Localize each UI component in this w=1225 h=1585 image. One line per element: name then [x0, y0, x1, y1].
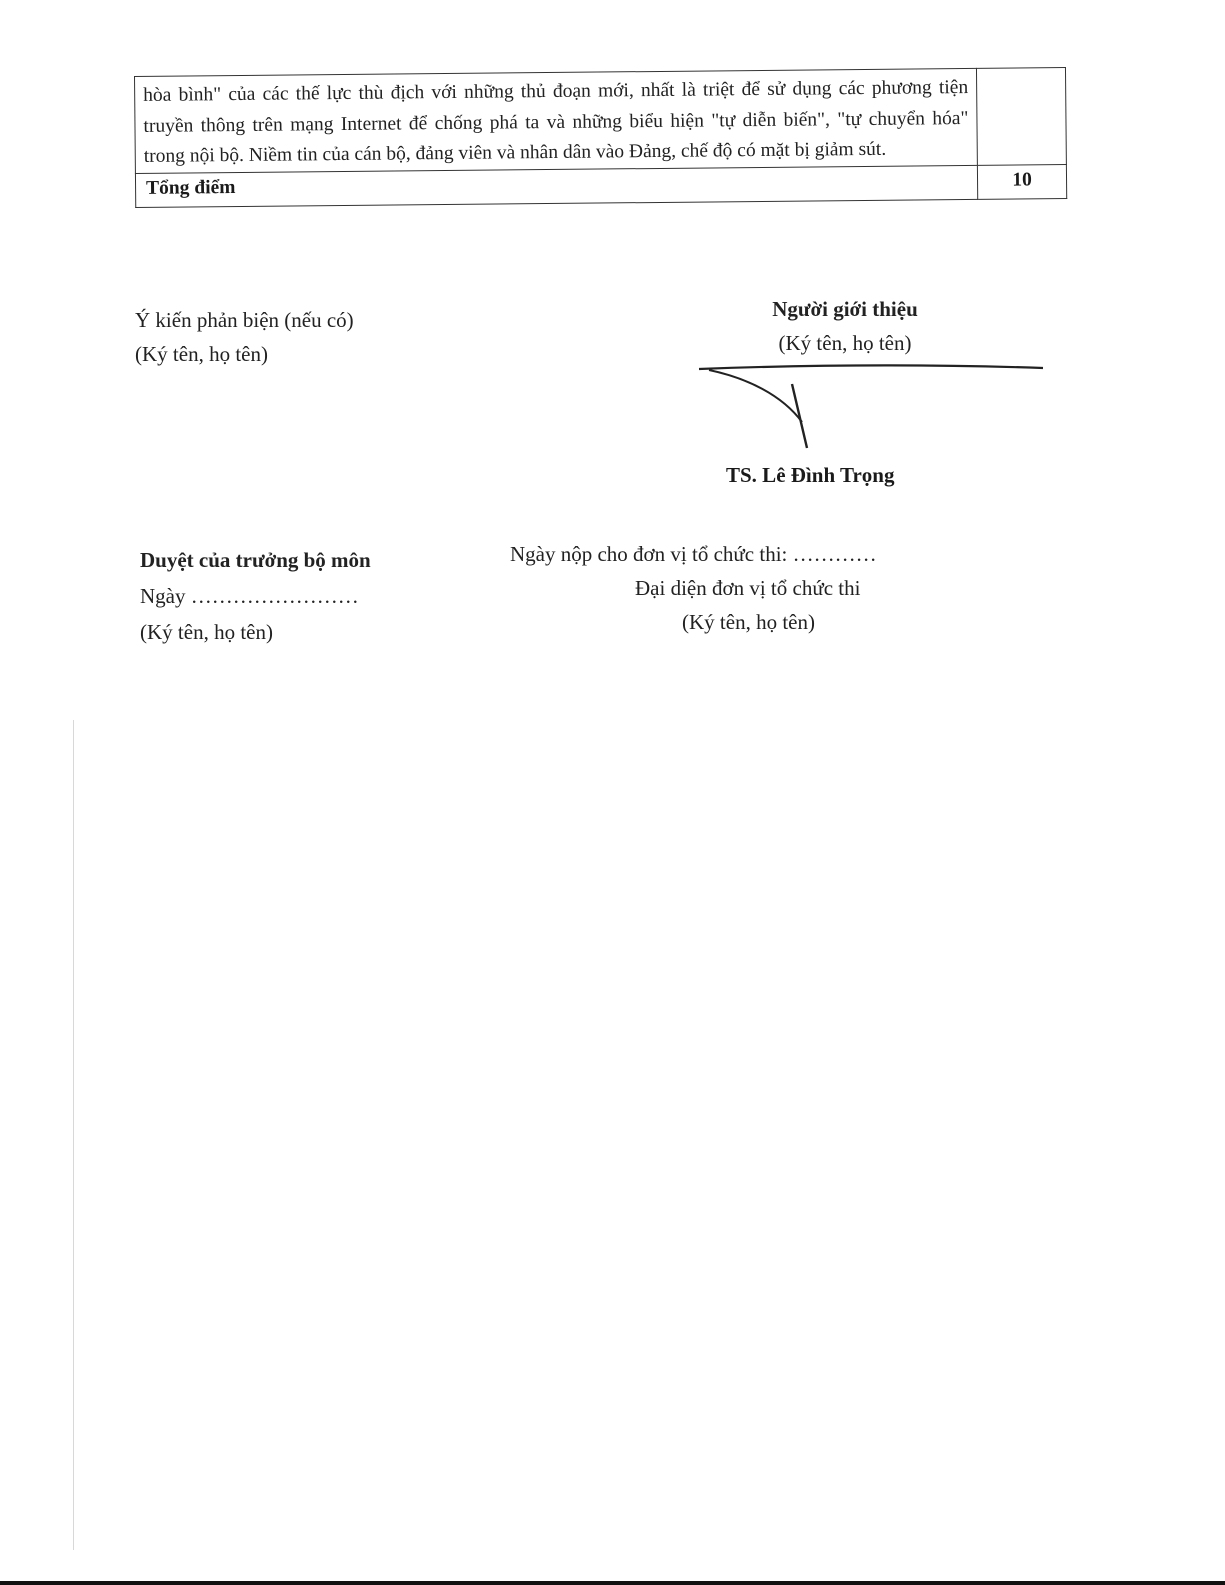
- handwritten-signature-icon: [697, 360, 1047, 455]
- score-table: hòa bình" của các thế lực thù địch với n…: [134, 67, 1067, 207]
- department-head-block: Duyệt của trưởng bộ môn Ngày …………………… (K…: [140, 542, 371, 650]
- exam-unit-sign-note: (Ký tên, họ tên): [510, 605, 970, 639]
- department-head-title: Duyệt của trưởng bộ môn: [140, 542, 371, 578]
- submit-date-line: Ngày nộp cho đơn vị tổ chức thi: …………: [510, 537, 970, 571]
- scan-edge-artifact: [73, 720, 74, 1550]
- department-head-date: Ngày ……………………: [140, 578, 371, 614]
- review-sign-note: (Ký tên, họ tên): [135, 337, 354, 371]
- content-cell: hòa bình" của các thế lực thù địch với n…: [135, 68, 978, 173]
- total-value: 10: [977, 164, 1066, 199]
- introducer-sign-note: (Ký tên, họ tên): [630, 326, 1060, 360]
- exam-unit-representative: Đại diện đơn vị tổ chức thi: [510, 571, 970, 605]
- review-title: Ý kiến phản biện (nếu có): [135, 303, 354, 337]
- introducer-block: Người giới thiệu (Ký tên, họ tên): [700, 292, 1060, 360]
- introducer-name: TS. Lê Đình Trọng: [726, 463, 894, 488]
- table-row: hòa bình" của các thế lực thù địch với n…: [135, 68, 1067, 173]
- exam-unit-block: Ngày nộp cho đơn vị tổ chức thi: ………… Đạ…: [510, 537, 970, 639]
- score-cell: [976, 68, 1066, 165]
- introducer-title: Người giới thiệu: [630, 292, 1060, 326]
- department-head-sign-note: (Ký tên, họ tên): [140, 614, 371, 650]
- review-block: Ý kiến phản biện (nếu có) (Ký tên, họ tê…: [135, 303, 354, 371]
- scan-bottom-edge: [0, 1581, 1225, 1585]
